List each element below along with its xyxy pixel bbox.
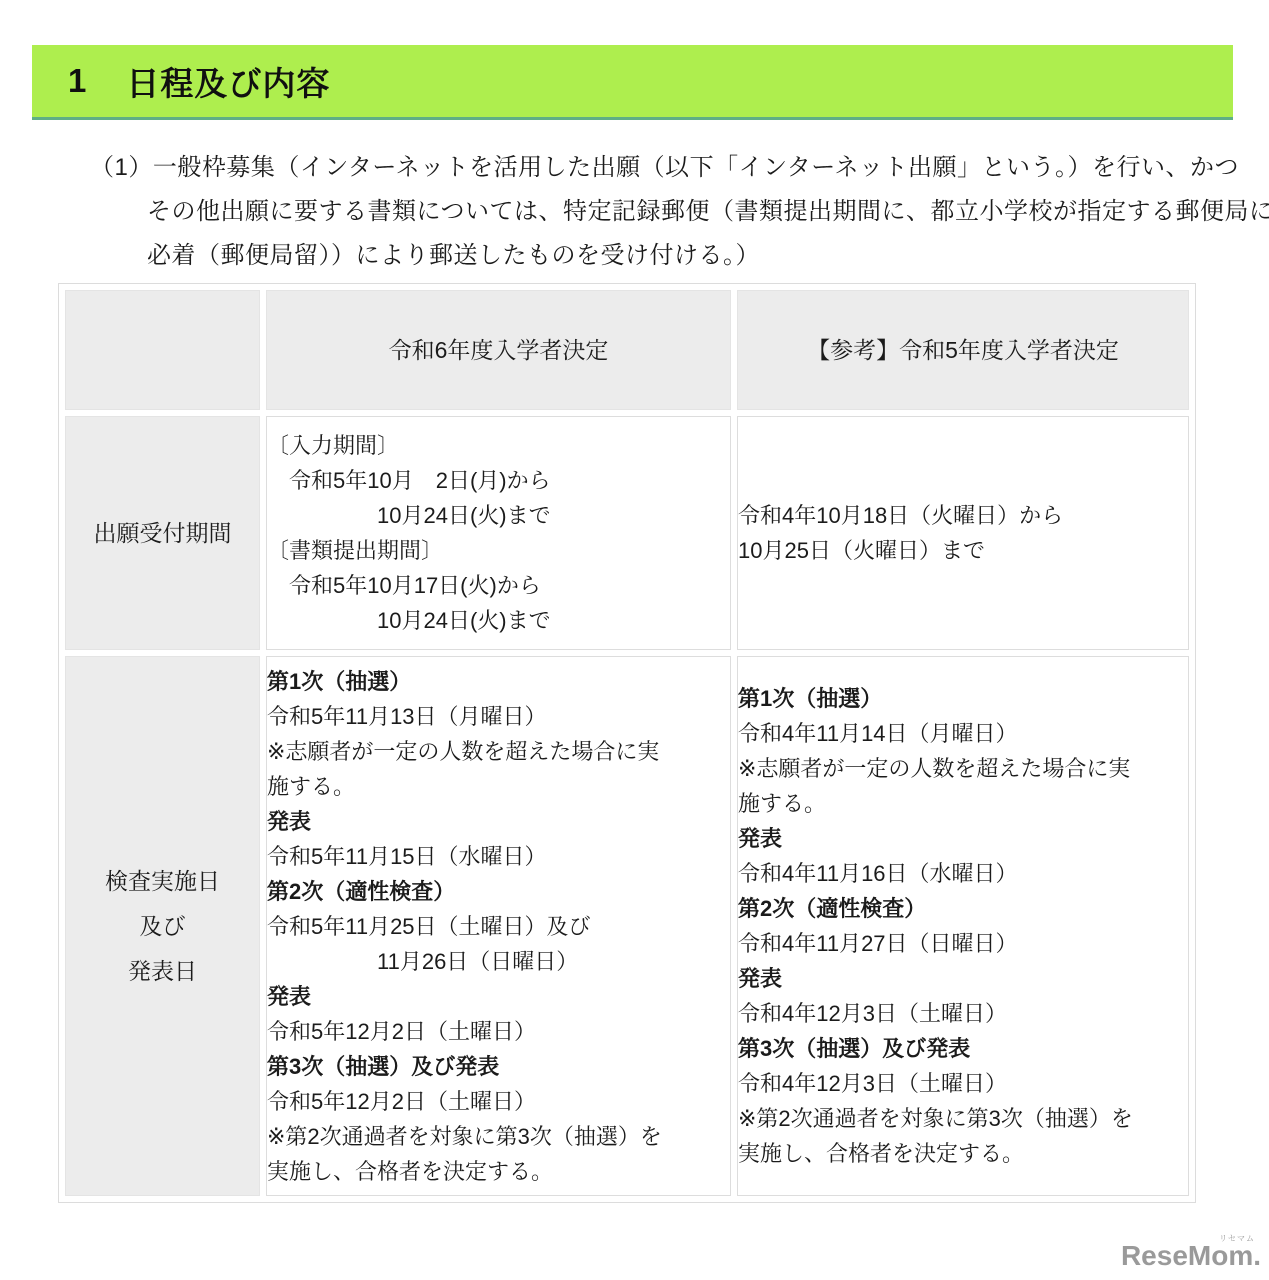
col-header-reiwa6: 令和6年度入学者決定: [266, 290, 731, 410]
section-heading: 1 日程及び内容: [32, 45, 1233, 120]
logo-katakana: リセマム: [1219, 1233, 1255, 1244]
col-header-reiwa5-reference: 【参考】令和5年度入学者決定: [737, 290, 1189, 410]
corner-cell: [65, 290, 260, 410]
row-label-application-period: 出願受付期間: [65, 416, 260, 650]
intro-line: 必着（郵便局留））により郵送したものを受け付ける。）: [90, 234, 1230, 278]
cell-reiwa6-exam-dates: 第1次（抽選）令和5年11月13日（月曜日）※志願者が一定の人数を超えた場合に実…: [266, 656, 731, 1196]
cell-reiwa6-application-period: 〔入力期間〕 令和5年10月 2日(月)から 10月24日(火)まで〔書類提出期…: [266, 416, 731, 650]
cell-reiwa5-application-period: 令和4年10月18日（火曜日）から10月25日（火曜日）まで: [737, 416, 1189, 650]
schedule-table: 令和6年度入学者決定 【参考】令和5年度入学者決定 出願受付期間 〔入力期間〕 …: [58, 283, 1196, 1203]
intro-line: （1）一般枠募集（インターネットを活用した出願（以下「インターネット出願」という…: [90, 146, 1230, 190]
cell-reiwa5-exam-dates: 第1次（抽選）令和4年11月14日（月曜日）※志願者が一定の人数を超えた場合に実…: [737, 656, 1189, 1196]
document-page: 1 日程及び内容 （1）一般枠募集（インターネットを活用した出願（以下「インター…: [0, 0, 1269, 1280]
resemom-watermark: リセマム ReseMom.: [1121, 1240, 1261, 1272]
row-label-exam-dates: 検査実施日及び発表日: [65, 656, 260, 1196]
intro-paragraph: （1）一般枠募集（インターネットを活用した出願（以下「インターネット出願」という…: [90, 146, 1230, 278]
intro-line: その他出願に要する書類については、特定記録郵便（書類提出期間に、都立小学校が指定…: [90, 190, 1230, 234]
section-number: 1: [68, 62, 86, 100]
logo-wordmark: ReseMom.: [1121, 1240, 1261, 1271]
section-title: 日程及び内容: [126, 58, 330, 105]
